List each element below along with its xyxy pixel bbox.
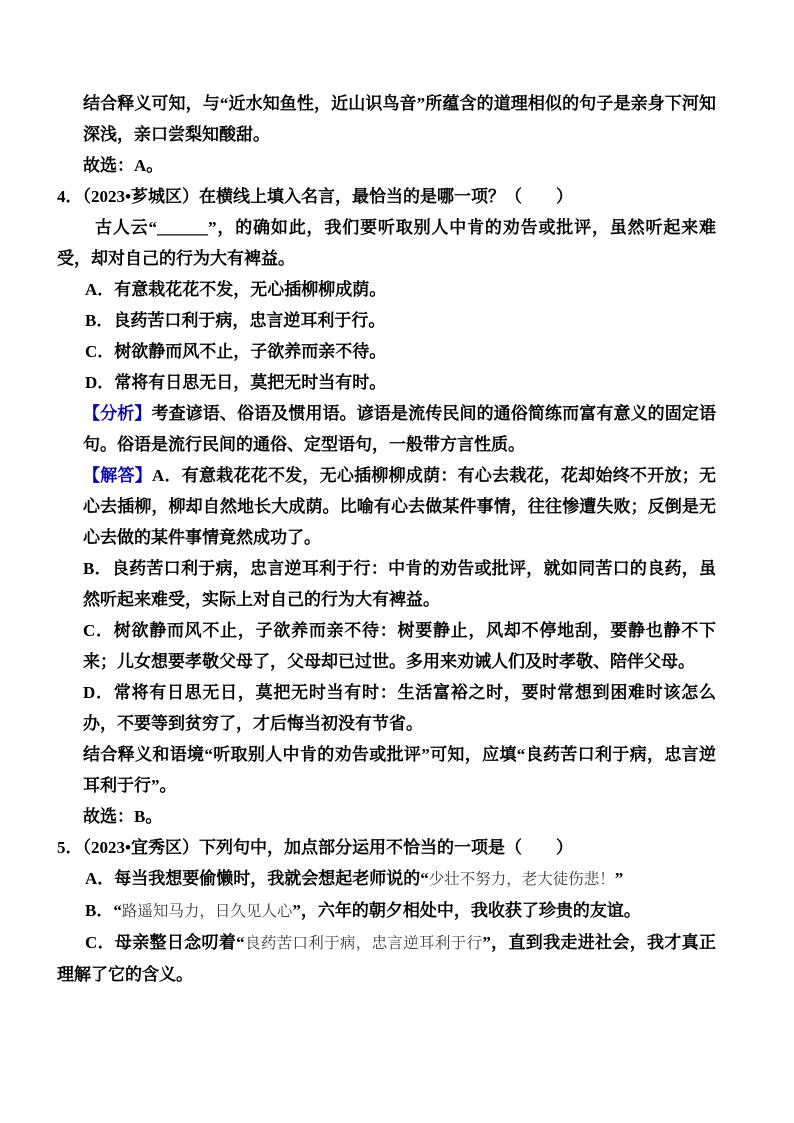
q4-option-a: A．有意栽花花不发，无心插柳柳成荫。	[57, 274, 716, 305]
analysis-label: 【分析】	[83, 404, 151, 423]
option-text-segment: B．“	[85, 901, 122, 920]
emphasized-proverb: 良药苦口利于病，忠言逆耳利于行	[245, 935, 483, 952]
option-text-segment: ”，六年的朝夕相处中，我收获了珍贵的友谊。	[292, 901, 641, 920]
q4-answer-paragraph-c: C．树欲静而风不止，子欲养而亲不待：树要静止，风却不停地刮，要静也静不下来；儿女…	[83, 615, 716, 677]
option-text-segment: ”	[615, 869, 624, 888]
q5-option-b: B．“路遥知马力，日久见人心”，六年的朝夕相处中，我收获了珍贵的友谊。	[57, 895, 716, 927]
q4-answer-text-a: A．有意栽花花不发，无心插柳柳成荫：有心去栽花，花却始终不开放；无心去插柳，柳却…	[83, 466, 716, 547]
q3-conclusion: 故选：A。	[83, 150, 716, 181]
q5-number: 5．	[57, 838, 83, 857]
q4-prompt: 在横线上填入名言，最恰当的是哪一项？（ ）	[199, 187, 573, 206]
q4-source: （2023•芗城区）	[83, 187, 199, 206]
question3-answer-tail: 结合释义可知，与“近水知鱼性，近山识鸟音”所蕴含的道理相似的句子是亲身下河知深浅…	[83, 88, 716, 181]
q5-source: （2023•宜秀区）	[83, 838, 199, 857]
q4-option-b: B．良药苦口利于病，忠言逆耳利于行。	[57, 305, 716, 336]
option-text-segment: C．母亲整日念叨着“	[85, 933, 245, 952]
q4-number: 4．	[57, 187, 83, 206]
answer-label: 【解答】	[83, 466, 152, 485]
q4-option-c: C．树欲静而风不止，子欲养而亲不待。	[57, 336, 716, 367]
q4-answer-paragraph-a: 【解答】A．有意栽花花不发，无心插柳柳成荫：有心去栽花，花却始终不开放；无心去插…	[83, 460, 716, 553]
q4-answer-summary: 结合释义和语境“听取别人中肯的劝告或批评”可知，应填“良药苦口利于病，忠言逆耳利…	[83, 739, 716, 801]
q4-stem: 古人云“______”，的确如此，我们要听取别人中肯的劝告或批评，虽然听起来难受…	[57, 212, 716, 274]
q5-option-a: A．每当我想要偷懒时，我就会想起老师说的“少壮不努力，老大徒伤悲！”	[57, 863, 716, 895]
q4-option-d: D．常将有日思无日，莫把无时当有时。	[57, 367, 716, 398]
q5-option-c: C．母亲整日念叨着“良药苦口利于病，忠言逆耳利于行”，直到我走进社会，我才真正理…	[57, 927, 716, 990]
emphasized-proverb: 少壮不努力，老大徒伤悲！	[429, 871, 615, 888]
q4-answer-paragraph-d: D．常将有日思无日，莫把无时当有时：生活富裕之时，要时常想到困难时该怎么办，不要…	[83, 677, 716, 739]
q4-solution-block: 【分析】考查谚语、俗语及惯用语。谚语是流传民间的通俗简练而富有意义的固定语句。俗…	[83, 398, 716, 832]
q4-conclusion: 故选：B。	[83, 801, 716, 832]
q4-analysis-paragraph: 【分析】考查谚语、俗语及惯用语。谚语是流传民间的通俗简练而富有意义的固定语句。俗…	[83, 398, 716, 460]
question4-block: 4．（2023•芗城区）在横线上填入名言，最恰当的是哪一项？（ ） 古人云“__…	[57, 181, 716, 832]
document-page: 结合释义可知，与“近水知鱼性，近山识鸟音”所蕴含的道理相似的句子是亲身下河知深浅…	[0, 0, 794, 1123]
emphasized-proverb: 路遥知马力，日久见人心	[122, 903, 293, 920]
q3-explanation-text: 结合释义可知，与“近水知鱼性，近山识鸟音”所蕴含的道理相似的句子是亲身下河知深浅…	[83, 88, 716, 150]
q5-prompt: 下列句中，加点部分运用不恰当的一项是（ ）	[199, 838, 573, 857]
question5-block: 5．（2023•宜秀区）下列句中，加点部分运用不恰当的一项是（ ） A．每当我想…	[57, 832, 716, 990]
q5-header-line: 5．（2023•宜秀区）下列句中，加点部分运用不恰当的一项是（ ）	[57, 832, 716, 863]
q4-answer-paragraph-b: B．良药苦口利于病，忠言逆耳利于行：中肯的劝告或批评，就如同苦口的良药，虽然听起…	[83, 553, 716, 615]
option-text-segment: A．每当我想要偷懒时，我就会想起老师说的“	[85, 869, 429, 888]
q4-header-line: 4．（2023•芗城区）在横线上填入名言，最恰当的是哪一项？（ ）	[57, 181, 716, 212]
q4-analysis-text: 考查谚语、俗语及惯用语。谚语是流传民间的通俗简练而富有意义的固定语句。俗语是流行…	[83, 404, 716, 454]
